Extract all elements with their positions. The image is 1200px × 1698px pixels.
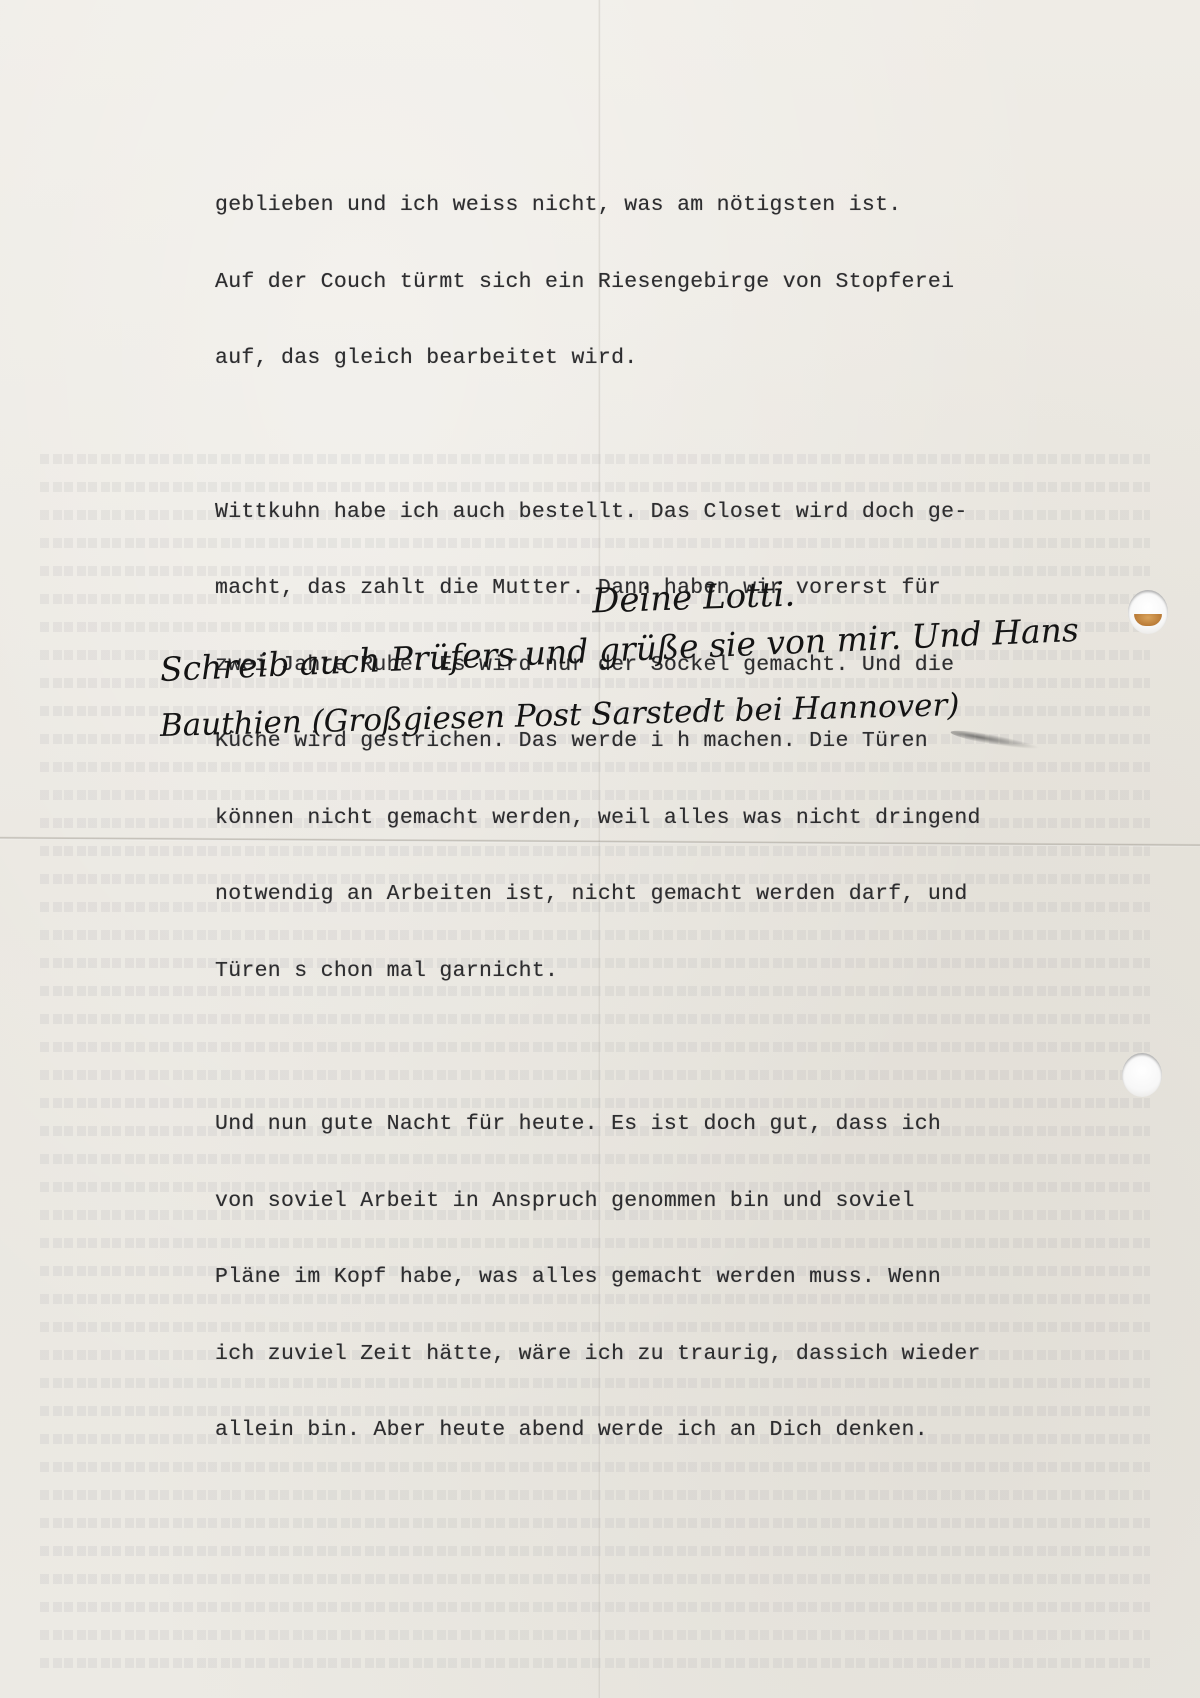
paragraph-1: geblieben und ich weiss nicht, was am nö… <box>215 142 1115 423</box>
text-line: können nicht gemacht werden, weil alles … <box>215 806 1115 832</box>
text-line: allein bin. Aber heute abend werde ich a… <box>215 1418 1115 1444</box>
punch-hole-upper <box>1128 590 1168 634</box>
text-line: Und nun gute Nacht für heute. Es ist doc… <box>215 1112 1115 1138</box>
text-line: Auf der Couch türmt sich ein Riesengebir… <box>215 270 1115 296</box>
text-line: von soviel Arbeit in Anspruch genommen b… <box>215 1189 1115 1215</box>
text-line: Türen s chon mal garnicht. <box>215 959 1115 985</box>
punch-hole-lower <box>1122 1053 1162 1097</box>
handwritten-signature: Deine Lotti. <box>591 574 795 621</box>
text-line: Pläne im Kopf habe, was alles gemacht we… <box>215 1265 1115 1291</box>
text-line: Wittkuhn habe ich auch bestellt. Das Clo… <box>215 500 1115 526</box>
text-line: ich zuviel Zeit hätte, wäre ich zu traur… <box>215 1342 1115 1368</box>
paragraph-3: Und nun gute Nacht für heute. Es ist doc… <box>215 1061 1115 1495</box>
text-line: auf, das gleich bearbeitet wird. <box>215 346 1115 372</box>
text-line: geblieben und ich weiss nicht, was am nö… <box>215 193 1115 219</box>
text-line: notwendig an Arbeiten ist, nicht gemacht… <box>215 882 1115 908</box>
typewritten-body: geblieben und ich weiss nicht, was am nö… <box>215 142 1115 1521</box>
